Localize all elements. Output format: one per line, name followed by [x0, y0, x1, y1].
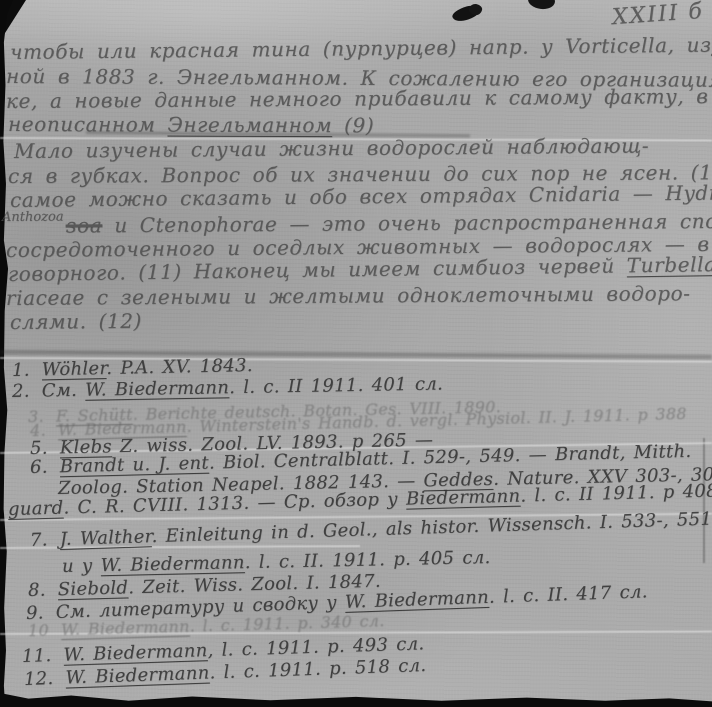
underlined-segment: Brandt u. J. ent	[60, 453, 210, 478]
paragraph-line: Мало изучены случаи жизни водорослей наб…	[14, 133, 649, 163]
underlined-segment: Siebold	[57, 577, 128, 600]
manuscript-scan-page: XXIII б чтобы или красная тина (пурпурце…	[0, 0, 712, 707]
underlined-segment: Biedermann	[406, 486, 521, 510]
text-segment: Мало изучены случаи жизни водорослей наб…	[14, 133, 649, 163]
paragraph-line: чтобы или красная тина (пурпурцев) напр.…	[10, 32, 712, 64]
text-segment: неописанном	[8, 112, 168, 137]
underlined-segment: W. Biedermann	[61, 616, 190, 639]
text-segment: и у	[62, 555, 101, 577]
text-segment: См.	[42, 380, 86, 402]
text-segment: . l. c. 1911. p. 340 сл.	[189, 611, 384, 635]
underlined-segment: W. Biedermann	[85, 377, 229, 401]
struck-text: зоа	[66, 213, 103, 237]
ref-number: 8.	[28, 580, 46, 601]
underlined-segment: W. Biedermann	[63, 640, 208, 666]
paragraph-line: riaceae с зелеными и желтыми одноклеточн…	[6, 281, 691, 310]
underlined-segment: W. Biedermann	[65, 663, 210, 689]
underlined-segment: Wöhler	[42, 358, 107, 380]
underlined-segment: guard	[8, 498, 64, 520]
ref-number: 1.	[12, 360, 30, 381]
top-edge-mark	[527, 0, 556, 11]
paragraph-line: ке, а новые данные немного прибавили к с…	[6, 84, 709, 113]
underlined-segment: W. Biedermann	[345, 587, 490, 613]
ref-number: 10	[28, 620, 49, 640]
text-segment: слями. (12)	[10, 309, 142, 334]
paragraph-line: слями. (12)	[10, 309, 142, 334]
underlined-segment: Энгельманном	[167, 113, 332, 138]
photo-bottom-edge	[0, 693, 712, 707]
ref-number: 7.	[30, 529, 48, 551]
ref-number: 12.	[24, 668, 54, 690]
ink-blot	[452, 4, 492, 26]
underlined-segment: Turbella-	[627, 252, 712, 277]
text-segment: (9)	[332, 113, 374, 137]
text-segment: . Einleitung in d. Geol., als histor. Wi…	[151, 508, 712, 547]
ref-number: 11.	[22, 645, 52, 667]
text-segment: . l. c. II. 1911. p. 405 сл.	[245, 547, 491, 573]
underlined-segment: J. Walther	[59, 526, 151, 550]
ref-number: 6.	[30, 457, 48, 478]
text-segment: чтобы или красная тина (пурпурцев) напр.…	[10, 32, 712, 64]
text-segment: . l. c. II. 417 сл.	[489, 581, 649, 608]
text-segment: . l. c. II 1911. 401 сл.	[229, 373, 443, 398]
text-segment: . P.A. XV. 1843.	[106, 355, 253, 379]
insertion-text: Anthozoa	[2, 210, 64, 225]
page-number-label: XXIII б	[611, 0, 704, 30]
underlined-segment: W. Biedermann	[100, 552, 245, 576]
text-segment: ке, а новые данные немного прибавили к с…	[6, 84, 709, 113]
text-segment: riaceae с зелеными и желтыми одноклеточн…	[6, 281, 691, 310]
ref-number: 2.	[12, 381, 30, 402]
paragraph-line: неописанном Энгельманном (9)	[8, 112, 374, 137]
